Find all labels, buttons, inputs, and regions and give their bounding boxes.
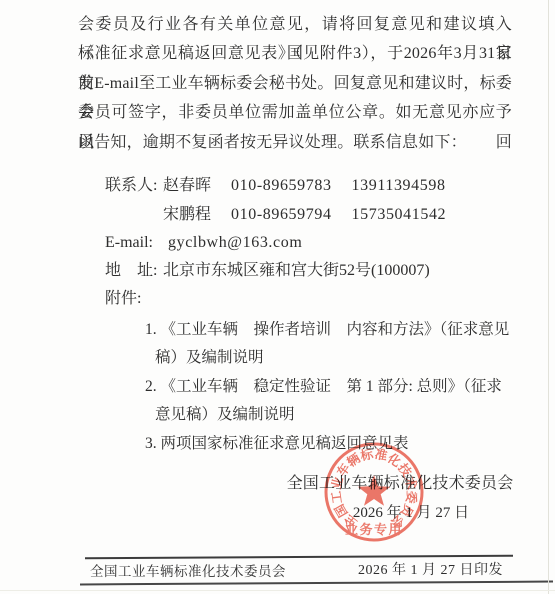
body-line: 标准征求意见稿返回意见表》（见附件3），于2026年3月31日前 [78, 39, 512, 68]
contact-mobile: 15735041542 [352, 206, 447, 223]
footer-rule-bottom [80, 581, 553, 585]
page-edge [0, 590, 555, 591]
contact-name: 赵春晖 [163, 177, 211, 194]
attachment-line: 1. 《工业车辆 操作者培训 内容和方法》（征求意见 [145, 316, 510, 344]
seal-star-icon [358, 475, 390, 506]
contact-name: 宋鹏程 [163, 206, 211, 223]
attachments-label: 附件: [105, 289, 141, 309]
body-line: 委员可签字，非委员单位需加盖单位公章。如无意见亦应予以回 [78, 98, 512, 127]
official-seal: 全国工业车辆标准化技术委员会 业务专用 [319, 437, 429, 547]
contact-phone: 010-89659783 [231, 177, 332, 194]
page-edge [548, 0, 549, 594]
attachment-line: 2. 《工业车辆 稳定性验证 第 1 部分: 总则》（征求 [145, 373, 510, 401]
document-page: 会委员及行业各有关单位意见，请将回复意见和建议填入《国家 标准征求意见稿返回意见… [0, 0, 555, 594]
contact-mobile: 13911394598 [352, 177, 446, 194]
body-line: 发E-mail至工业车辆标委会秘书处。回复意见和建议时，标委会 [78, 69, 512, 98]
svg-text:工: 工 [329, 490, 345, 505]
contact-phone: 010-89659794 [231, 206, 332, 223]
address-label: 地 址: [105, 261, 157, 281]
attachment-line: 意见稿）及编制说明 [155, 401, 510, 429]
address-value: 北京市东城区雍和宫大街52号(100007) [163, 261, 430, 281]
contact-row: 赵春晖 010-89659783 13911394598 [163, 176, 446, 196]
email-value: gyclbwh@163.com [168, 233, 302, 253]
contact-row: 宋鹏程 010-89659794 15735041542 [163, 205, 446, 225]
footer-issuer: 全国工业车辆标准化技术委员会 [90, 560, 286, 580]
svg-text:标: 标 [358, 446, 375, 463]
footer-print-date: 2026 年 1 月 27 日印发 [358, 559, 503, 579]
email-label: E-mail: [105, 233, 153, 253]
body-line: 会委员及行业各有关单位意见，请将回复意见和建议填入《国家 [78, 10, 512, 39]
attachment-line: 稿）及编制说明 [155, 344, 510, 372]
seal-bottom-text: 业务专用 [345, 522, 403, 537]
body-paragraph: 会委员及行业各有关单位意见，请将回复意见和建议填入《国家 标准征求意见稿返回意见… [78, 10, 512, 157]
body-line: 函告知，逾期不复函者按无异议处理。联系信息如下： [78, 128, 512, 157]
contact-label: 联系人: [105, 176, 157, 196]
